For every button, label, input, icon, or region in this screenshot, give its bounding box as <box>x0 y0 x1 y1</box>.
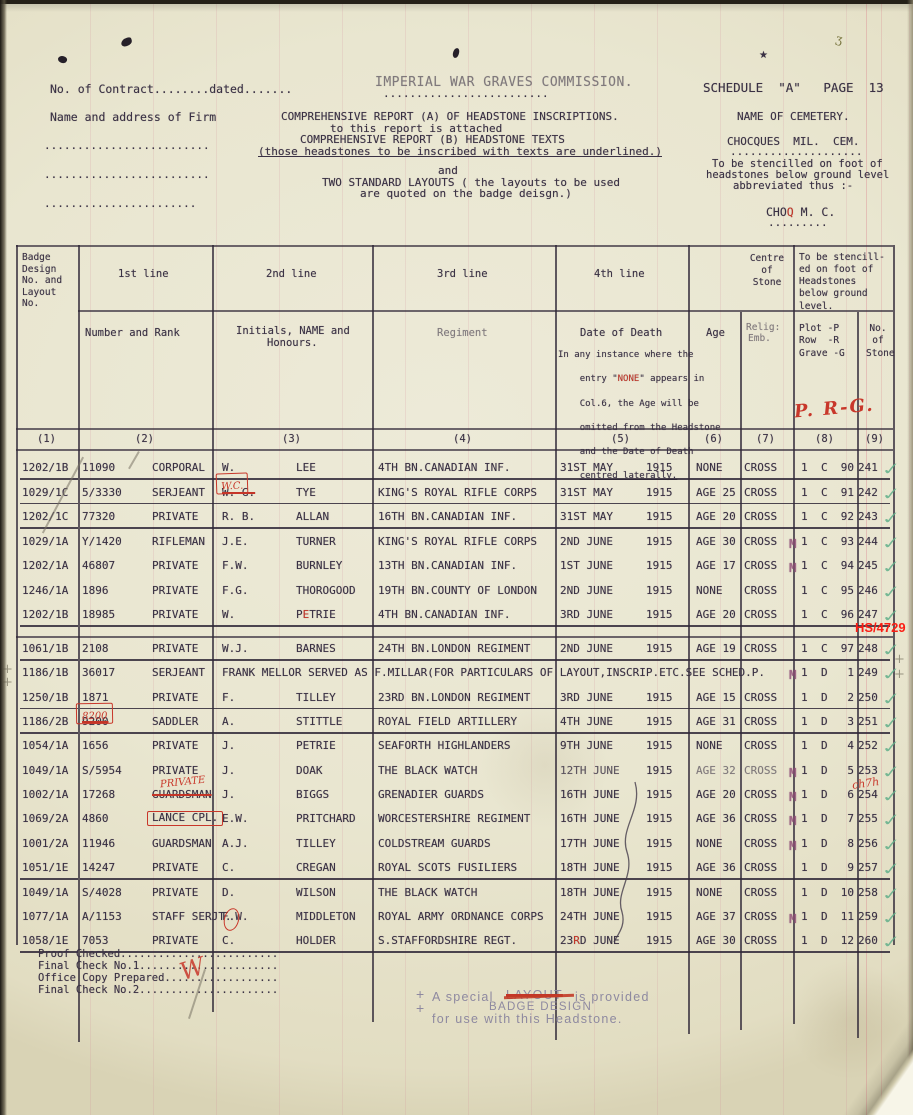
cell-grave: 9 <box>832 862 854 875</box>
cell-stone-number: 241 <box>858 462 878 475</box>
office-copy-line: Office Copy Prepared.................. <box>38 972 278 984</box>
cell-badge: 1202/1B <box>22 609 68 622</box>
table-row: 1077/1AA/1153STAFF SERJT.F.W.MIDDLETONRO… <box>0 911 913 933</box>
column-number: (8) <box>815 433 834 445</box>
ink-blot <box>120 37 133 48</box>
column-number: (7) <box>756 433 775 445</box>
cell-grave: 97 <box>832 643 854 656</box>
purple-m-stamp: M <box>789 789 797 804</box>
cell-regiment: S.STAFFORDSHIRE REGT. <box>378 935 517 948</box>
scan-edge-left <box>0 0 7 1115</box>
cell-age: AGE 32 <box>696 765 736 778</box>
cell-rank: PRIVATE <box>152 692 198 705</box>
cell-stone-number: 245 <box>858 560 878 573</box>
cell-date-of-death: 3RD JUNE <box>560 609 613 622</box>
scan-edge-top-shadow <box>0 4 913 12</box>
cell-row-letter: D <box>821 692 828 705</box>
cell-number: 36017 <box>82 667 115 680</box>
cell-badge: 1001/2A <box>22 838 68 851</box>
cell-plot: 1 <box>801 740 808 753</box>
cell-grave: 1 <box>832 667 854 680</box>
cell-age: AGE 31 <box>696 716 736 729</box>
cell-religious-emblem: CROSS <box>744 887 777 900</box>
table-horizontal-rule <box>16 245 893 247</box>
green-checkmark: ✓ <box>880 507 903 528</box>
hs-reference: HS/4729 <box>855 620 906 635</box>
cell-row-letter: D <box>821 887 828 900</box>
green-checkmark: ✓ <box>880 737 903 758</box>
column-number: (2) <box>135 433 154 445</box>
cell-row-letter: C <box>821 536 828 549</box>
cell-stone-number: 258 <box>858 887 878 900</box>
cell-grave: 93 <box>832 536 854 549</box>
cell-number: 7053 <box>82 935 109 948</box>
cell-row-letter: D <box>821 838 828 851</box>
cell-name: HOLDER <box>296 935 336 948</box>
cell-stone-number: 256 <box>858 838 878 851</box>
stamp-text-a-special: A special <box>432 990 494 1004</box>
cell-religious-emblem: CROSS <box>744 643 777 656</box>
cell-initials: D. <box>222 887 235 900</box>
green-checkmark: ✓ <box>880 483 903 504</box>
inscription-underline <box>20 878 78 880</box>
cell-age: NONE <box>696 740 723 753</box>
cell-stone-number: 242 <box>858 487 878 500</box>
ink-blot <box>452 48 460 59</box>
cell-age: AGE 20 <box>696 609 736 622</box>
green-checkmark: ✓ <box>880 834 903 855</box>
cell-rank: GUARDSMAN <box>152 789 212 802</box>
cell-rank: PRIVATE <box>152 609 198 622</box>
pencil-plus-marks: ++ <box>894 652 905 682</box>
green-checkmark: ✓ <box>880 859 903 880</box>
sub-header-stone-no: No.ofStone <box>866 323 890 360</box>
cell-date-of-death: 1ST JUNE <box>560 560 613 573</box>
table-row: 1069/2A4860LANCE CPL.E.W.PRITCHARDWORCES… <box>0 813 913 835</box>
table-horizontal-rule <box>16 636 893 638</box>
firm-dots-2: ......................... <box>44 169 210 182</box>
cell-number: 77320 <box>82 511 115 524</box>
cell-grave: 4 <box>832 740 854 753</box>
cell-name: WILSON <box>296 887 336 900</box>
cell-regiment: 4TH BN.CANADIAN INF. <box>378 462 510 475</box>
firm-dots-1: ......................... <box>44 140 210 153</box>
table-row: 1202/1C77320PRIVATER. B.ALLAN16TH BN.CAN… <box>0 511 913 533</box>
sub-header-emb: Emb. <box>748 334 771 345</box>
cell-rank: GUARDSMAN <box>152 838 212 851</box>
cell-initials: J. <box>222 740 235 753</box>
cell-plot: 1 <box>801 643 808 656</box>
stencil-note-3: abbreviated thus :- <box>733 180 853 192</box>
cell-religious-emblem: CROSS <box>744 511 777 524</box>
cell-name: TILLEY <box>296 838 336 851</box>
cell-date-of-death: 31ST MAY <box>560 487 613 500</box>
cell-number: 11946 <box>82 838 115 851</box>
cell-plot: 1 <box>801 511 808 524</box>
cell-initials: A.J. <box>222 838 249 851</box>
green-checkmark: ✓ <box>880 883 903 904</box>
cell-regiment: SEAFORTH HIGHLANDERS <box>378 740 510 753</box>
cell-religious-emblem: CROSS <box>744 740 777 753</box>
schedule-page-label: SCHEDULE "A" PAGE 13 <box>703 81 884 95</box>
underline-note: (those headstones to be inscribed with t… <box>258 146 662 159</box>
sub-header-number-rank: Number and Rank <box>85 327 180 339</box>
green-checkmark: ✓ <box>880 688 903 709</box>
cell-regiment: 13TH BN.CANADIAN INF. <box>378 560 517 573</box>
column-number: (6) <box>704 433 723 445</box>
cell-religious-emblem: CROSS <box>744 935 777 948</box>
col8-9-header: To be stencill-ed on foot ofHeadstonesbe… <box>799 252 885 313</box>
cell-age: AGE 15 <box>696 692 736 705</box>
cell-plot: 1 <box>801 838 808 851</box>
cell-number: 5/3330 <box>82 487 122 500</box>
cell-row-letter: D <box>821 862 828 875</box>
cell-plot: 1 <box>801 462 808 475</box>
red-correction-text: W.C. <box>221 480 244 492</box>
sub-header-honours: Honours. <box>267 337 318 349</box>
cell-religious-emblem: CROSS <box>744 911 777 924</box>
cell-name: MIDDLETON <box>296 911 356 924</box>
cell-row-letter: D <box>821 716 828 729</box>
cell-plot: 1 <box>801 765 808 778</box>
cell-name: ALLAN <box>296 511 329 524</box>
cell-rank: RIFLEMAN <box>152 536 205 549</box>
cell-initials: F. <box>222 692 235 705</box>
table-row: 1051/1E14247PRIVATEC.CREGANROYAL SCOTS F… <box>0 862 913 884</box>
cell-plot: 1 <box>801 692 808 705</box>
inscription-underline <box>20 503 78 505</box>
cell-stone-number: 243 <box>858 511 878 524</box>
cell-initials: C. <box>222 862 235 875</box>
table-horizontal-rule <box>16 428 893 430</box>
sub-header-initials: Initials, NAME and <box>236 325 350 337</box>
green-checkmark: ✓ <box>880 785 903 806</box>
cell-name: DOAK <box>296 765 323 778</box>
purple-m-stamp: M <box>789 765 797 780</box>
cell-religious-emblem: CROSS <box>744 560 777 573</box>
cell-name: BURNLEY <box>296 560 342 573</box>
cell-grave: 8 <box>832 838 854 851</box>
cell-rank: LANCE CPL. <box>147 811 223 826</box>
cell-name: CREGAN <box>296 862 336 875</box>
purple-m-stamp: M <box>789 667 797 682</box>
cell-initials: A. <box>222 716 235 729</box>
table-horizontal-rule <box>16 449 893 451</box>
col1-header: BadgeDesignNo. andLayoutNo. <box>22 252 62 310</box>
cell-name: LEE <box>296 462 316 475</box>
sub-header-age: Age <box>706 327 725 339</box>
cell-year: 1915 <box>646 765 673 778</box>
inscription-underline <box>80 503 890 505</box>
stamp-for-use-line: for use with this Headstone. <box>432 1012 623 1026</box>
cell-year: 1915 <box>646 585 673 598</box>
cell-religious-emblem: CROSS <box>744 862 777 875</box>
cell-row-letter: C <box>821 487 828 500</box>
cell-regiment: ROYAL ARMY ORDNANCE CORPS <box>378 911 544 924</box>
cell-badge: 1051/1E <box>22 862 68 875</box>
col3-header: 2nd line <box>266 268 317 280</box>
green-checkmark: ✓ <box>880 532 903 553</box>
cell-religious-emblem: CROSS <box>744 609 777 622</box>
cell-badge: 1246/1A <box>22 585 68 598</box>
col5-header: 4th line <box>594 268 645 280</box>
cell-age: NONE <box>696 887 723 900</box>
cell-badge: 1049/1A <box>22 765 68 778</box>
schedule-a-document-page: No. of Contract........dated....... IMPE… <box>0 0 913 1115</box>
cell-badge: 1186/2B <box>22 716 68 729</box>
cell-age: AGE 20 <box>696 789 736 802</box>
red-correction-box: 8200 <box>76 703 114 725</box>
col4-header: 3rd line <box>437 268 488 280</box>
cell-initials: C. <box>222 935 235 948</box>
cell-regiment: GRENADIER GUARDS <box>378 789 484 802</box>
cell-initials: J. <box>222 789 235 802</box>
cell-number: 2108 <box>82 643 109 656</box>
cell-rank: PRIVATE <box>152 585 198 598</box>
table-row: 1049/1AS/5954PRIVATEJ.DOAKTHE BLACK WATC… <box>0 765 913 787</box>
cell-badge: 1029/1A <box>22 536 68 549</box>
green-checkmark: ✓ <box>880 932 903 953</box>
table-row: 1202/1B18985PRIVATEW.PETRIE4TH BN.CANADI… <box>0 609 913 631</box>
cell-initials: F.W. <box>222 560 249 573</box>
cell-number: 11090 <box>82 462 115 475</box>
firm-label: Name and address of Firm <box>50 111 216 124</box>
cell-rank: PRIVATE <box>152 935 198 948</box>
cell-religious-emblem: CROSS <box>744 462 777 475</box>
inscription-underline <box>80 732 890 734</box>
column-number: (9) <box>865 433 884 445</box>
cell-regiment: WORCESTERSHIRE REGIMENT <box>378 813 530 826</box>
cell-name: TURNER <box>296 536 336 549</box>
cell-badge: 1069/2A <box>22 813 68 826</box>
cell-grave: 11 <box>832 911 854 924</box>
cell-grave: 2 <box>832 692 854 705</box>
cell-grave: 3 <box>832 716 854 729</box>
pen-squiggle-line <box>605 780 650 945</box>
paper-stain <box>790 960 910 1080</box>
column-number: (3) <box>282 433 301 445</box>
green-checkmark: ✓ <box>880 581 903 602</box>
cell-rank: PRIVATE <box>152 511 198 524</box>
cell-age: AGE 19 <box>696 643 736 656</box>
cell-initials: J. <box>222 765 235 778</box>
cell-religious-emblem: CROSS <box>744 487 777 500</box>
cell-year: 1915 <box>646 560 673 573</box>
cell-rank: PRIVATE <box>152 643 198 656</box>
cell-age: NONE <box>696 462 723 475</box>
proof-checked-line: Proof Checked......................... <box>38 948 278 960</box>
sub-header-plot-row-grave: Plot -PRow -RGrave -G <box>799 323 845 360</box>
cell-badge: 1054/1A <box>22 740 68 753</box>
cell-rank: CORPORAL <box>152 462 205 475</box>
cell-religious-emblem: CROSS <box>744 765 777 778</box>
cell-plot: 1 <box>801 789 808 802</box>
table-row: 1002/1A17268GUARDSMANJ.BIGGSGRENADIER GU… <box>0 789 913 811</box>
table-horizontal-rule <box>78 310 893 312</box>
column-number: (5) <box>611 433 630 445</box>
table-row: 1186/1B36017SERJEANTFRANK MELLOR SERVED … <box>0 667 913 689</box>
cell-rank: STAFF SERJT. <box>152 911 231 924</box>
table-row: 1049/1AS/4028PRIVATED.WILSONTHE BLACK WA… <box>0 887 913 909</box>
cell-badge: 1077/1A <box>22 911 68 924</box>
cell-age: AGE 25 <box>696 487 736 500</box>
cell-year: 1915 <box>646 740 673 753</box>
cell-number: Y/1420 <box>82 536 122 549</box>
cell-number: 4860 <box>82 813 109 826</box>
cell-row-letter: C <box>821 462 828 475</box>
cell-badge: 1250/1B <box>22 692 68 705</box>
col7-header: CentreofStone <box>745 253 789 289</box>
cell-stone-number: 257 <box>858 862 878 875</box>
red-correction-text: 8200 <box>82 711 108 722</box>
cell-stone-number: 248 <box>858 643 878 656</box>
cell-name: BIGGS <box>296 789 329 802</box>
green-checkmark: ✓ <box>880 907 903 928</box>
cell-date-of-death: 4TH JUNE <box>560 716 613 729</box>
cell-stone-number: 259 <box>858 911 878 924</box>
cell-span-text: FRANK MELLOR SERVED AS F.MILLAR(FOR PART… <box>222 667 765 680</box>
cell-number: 17268 <box>82 789 115 802</box>
cell-number: S/4028 <box>82 887 122 900</box>
cell-grave: 95 <box>832 585 854 598</box>
cell-stone-number: 246 <box>858 585 878 598</box>
cell-row-letter: D <box>821 740 828 753</box>
cell-initials: W.J. <box>222 643 249 656</box>
cell-row-letter: D <box>821 789 828 802</box>
cell-row-letter: D <box>821 667 828 680</box>
red-typed-word: NONE <box>618 374 640 384</box>
stencil-abbr-dots: ......... <box>768 217 828 230</box>
cell-row-letter: C <box>821 560 828 573</box>
cell-row-letter: D <box>821 935 828 948</box>
org-title-dots: ......................... <box>383 88 549 101</box>
cell-year: 1915 <box>646 462 673 475</box>
cell-badge: 1202/1A <box>22 560 68 573</box>
purple-m-stamp: M <box>789 911 797 926</box>
table-row: 1246/1A1896PRIVATEF.G.THOROGOOD19TH BN.C… <box>0 585 913 607</box>
cell-initials: J.E. <box>222 536 249 549</box>
cell-rank: PRIVATE <box>152 887 198 900</box>
cell-badge: 1202/1C <box>22 511 68 524</box>
cell-initials: E.W. <box>222 813 249 826</box>
inscription-underline <box>20 708 78 710</box>
cell-name: TILLEY <box>296 692 336 705</box>
table-row: 1029/1AY/1420RIFLEMANJ.E.TURNERKING'S RO… <box>0 536 913 558</box>
red-typed-char: R <box>573 934 580 947</box>
table-row: 1202/1A46807PRIVATEF.W.BURNLEY13TH BN.CA… <box>0 560 913 582</box>
cell-badge: 1002/1A <box>22 789 68 802</box>
cell-plot: 1 <box>801 813 808 826</box>
cell-plot: 1 <box>801 560 808 573</box>
cell-row-letter: D <box>821 911 828 924</box>
final-check-2-line: Final Check No.2...................... <box>38 984 278 996</box>
cell-rank: SERJEANT <box>152 487 205 500</box>
sub-header-date-of-death: Date of Death <box>580 327 662 339</box>
cell-year: 1915 <box>646 511 673 524</box>
table-row: 1061/1B2108PRIVATEW.J.BARNES24TH BN.LOND… <box>0 643 913 665</box>
green-checkmark: ✓ <box>880 712 903 733</box>
cell-badge: 1202/1B <box>22 462 68 475</box>
cell-year: 1915 <box>646 643 673 656</box>
cell-badge: 1058/1E <box>22 935 68 948</box>
layouts-line-2: are quoted on the badge deisgn.) <box>360 188 572 201</box>
col2-header: 1st line <box>118 268 169 280</box>
cell-age: AGE 36 <box>696 862 736 875</box>
cell-name: THOROGOOD <box>296 585 356 598</box>
cell-name: BARNES <box>296 643 336 656</box>
cell-age: AGE 20 <box>696 511 736 524</box>
cell-name: PRITCHARD <box>296 813 356 826</box>
table-row: 1029/1C5/3330SERJEANTW. G.TYEKING'S ROYA… <box>0 487 913 509</box>
cell-grave: 96 <box>832 609 854 622</box>
cell-religious-emblem: CROSS <box>744 838 777 851</box>
table-row: 1054/1A1656PRIVATEJ.PETRIESEAFORTH HIGHL… <box>0 740 913 762</box>
cell-row-letter: D <box>821 813 828 826</box>
cell-stone-number: 250 <box>858 692 878 705</box>
inscription-underline <box>80 708 890 710</box>
cell-date-of-death: 3RD JUNE <box>560 692 613 705</box>
cell-regiment: THE BLACK WATCH <box>378 887 477 900</box>
cell-plot: 1 <box>801 935 808 948</box>
cell-name: PETRIE <box>296 740 336 753</box>
cell-plot: 1 <box>801 487 808 500</box>
cell-religious-emblem: CROSS <box>744 585 777 598</box>
red-correction-box: W.C. <box>216 472 249 494</box>
cell-number: A/1153 <box>82 911 122 924</box>
green-checkmark: ✓ <box>880 761 903 782</box>
cell-date-of-death: 2ND JUNE <box>560 536 613 549</box>
stamp-plus-2: + <box>416 1000 425 1016</box>
cell-age: NONE <box>696 585 723 598</box>
inscription-underline <box>20 625 78 627</box>
cell-grave: 10 <box>832 887 854 900</box>
cell-date-of-death: 2ND JUNE <box>560 643 613 656</box>
cell-number: 1896 <box>82 585 109 598</box>
cell-row-letter: C <box>821 585 828 598</box>
cell-date-of-death: 9TH JUNE <box>560 740 613 753</box>
table-row: 1250/1B1871PRIVATEF.TILLEY23RD BN.LONDON… <box>0 692 913 714</box>
cell-name: TYE <box>296 487 316 500</box>
cell-rank: PRIVATE <box>152 862 198 875</box>
cell-rank: PRIVATE <box>152 740 198 753</box>
cell-number: S/5954 <box>82 765 122 778</box>
inscription-underline <box>80 659 890 661</box>
cell-badge: 1186/1B <box>22 667 68 680</box>
cell-plot: 1 <box>801 667 808 680</box>
cemetery-name-dots: .................... <box>730 146 862 159</box>
ink-blot <box>57 54 68 64</box>
cell-plot: 1 <box>801 716 808 729</box>
cell-age: AGE 30 <box>696 935 736 948</box>
inscription-underline <box>80 878 890 880</box>
cell-age: AGE 30 <box>696 536 736 549</box>
inscription-underline <box>20 732 78 734</box>
inscription-underline <box>80 625 890 627</box>
cell-stone-number: 249 <box>858 667 878 680</box>
cell-row-letter: C <box>821 511 828 524</box>
cell-regiment: 16TH BN.CANADIAN INF. <box>378 511 517 524</box>
stamp-is-provided: is provided <box>575 990 650 1004</box>
cell-religious-emblem: CROSS <box>744 536 777 549</box>
table-row: 1001/2A11946GUARDSMANA.J.TILLEYCOLDSTREA… <box>0 838 913 860</box>
cell-regiment: ROYAL SCOTS FUSILIERS <box>378 862 517 875</box>
star-mark: ★ <box>759 50 768 62</box>
cell-grave: 5 <box>832 765 854 778</box>
cell-age: AGE 36 <box>696 813 736 826</box>
scan-edge-right <box>907 0 913 1115</box>
inscription-underline <box>80 527 890 529</box>
cell-grave: 91 <box>832 487 854 500</box>
